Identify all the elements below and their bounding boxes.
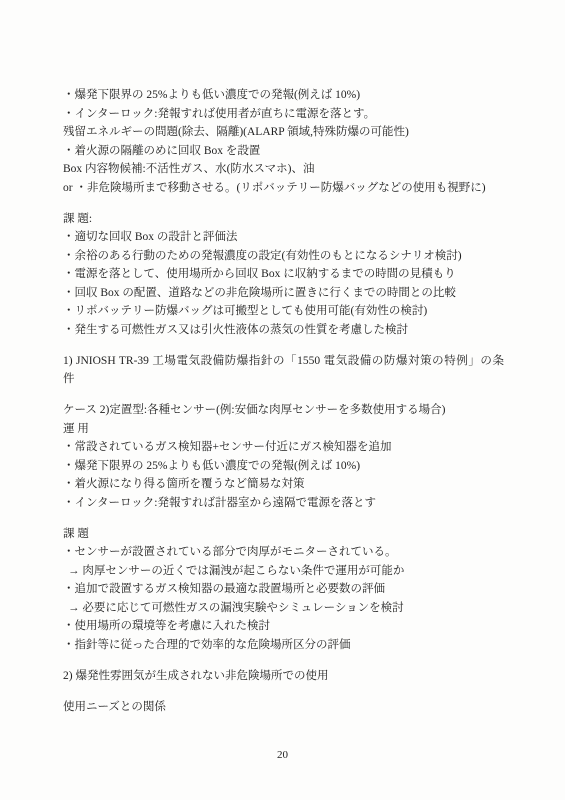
blank-line (63, 197, 504, 210)
text-line-6: or ・非危険場所まで移動させる。(リポバッテリー防爆バッグなどの使用も視野に) (63, 179, 504, 198)
text-line-8: 課 題: (63, 210, 504, 229)
text-line-16: 1) JNIOSH TR-39 工場電気設備防爆指針の「1550 電気設備の防爆… (63, 352, 504, 371)
page-number: 20 (0, 747, 565, 763)
text-line-23: ・着火源になり得る箇所を覆うなど簡易な対策 (63, 475, 504, 494)
text-line-3: 残留エネルギーの問題(除去、隔離)(ALARP 領域,特殊防爆の可能性) (63, 123, 504, 142)
text-line-27: ・センサーが設置されている部分で肉厚がモニターされている。 (63, 543, 504, 562)
text-line-24: ・インターロック:発報すれば計器室から遠隔で電源を落とす (63, 494, 504, 513)
text-line-17: 件 (63, 370, 504, 389)
text-line-5: Box 内容物候補:不活性ガス、水(防水スマホ)、油 (63, 160, 504, 179)
text-line-9: ・適切な回収 Box の設計と評価法 (63, 228, 504, 247)
text-line-13: ・リポバッテリー防爆バッグは可搬型としても使用可能(有効性の検討) (63, 302, 504, 321)
text-line-26: 課 題 (63, 525, 504, 544)
blank-line (63, 389, 504, 402)
page-body: ・爆発下限界の 25%よりも低い濃度での発報(例えば 10%)・インターロック:… (63, 86, 504, 716)
text-line-4: ・着火源の隔離のめに回収 Box を設置 (63, 142, 504, 161)
document-page: ・爆発下限界の 25%よりも低い濃度での発報(例えば 10%)・インターロック:… (0, 0, 565, 800)
text-line-20: 運 用 (63, 420, 504, 439)
blank-line (63, 512, 504, 525)
text-line-2: ・インターロック:発報すれば使用者が直ちに電源を落とす。 (63, 105, 504, 124)
text-line-14: ・発生する可燃性ガス又は引火性液体の蒸気の性質を考慮した検討 (63, 321, 504, 340)
text-line-32: ・指針等に従った合理的で効率的な危険場所区分の評価 (63, 636, 504, 655)
text-line-34: 2) 爆発性雰囲気が生成されない非危険場所での使用 (63, 667, 504, 686)
blank-line (63, 685, 504, 698)
text-line-21: ・常設されているガス検知器+センサー付近にガス検知器を追加 (63, 438, 504, 457)
text-line-29: ・追加で設置するガス検知器の最適な設置場所と必要数の評価 (63, 580, 504, 599)
text-line-12: ・回収 Box の配置、道路などの非危険場所に置きに行くまでの時間との比較 (63, 284, 504, 303)
text-line-28: → 肉厚センサーの近くでは漏洩が起こらない条件で運用が可能か (63, 562, 504, 581)
text-line-11: ・電源を落として、使用場所から回収 Box に収納するまでの時間の見積もり (63, 265, 504, 284)
text-line-36: 使用ニーズとの関係 (63, 698, 504, 717)
text-line-19: ケース 2)定置型:各種センサー(例:安価な肉厚センサーを多数使用する場合) (63, 401, 504, 420)
blank-line (63, 654, 504, 667)
text-line-1: ・爆発下限界の 25%よりも低い濃度での発報(例えば 10%) (63, 86, 504, 105)
text-line-10: ・余裕のある行動のための発報濃度の設定(有効性のもとになるシナリオ検討) (63, 247, 504, 266)
blank-line (63, 339, 504, 352)
text-line-31: ・使用場所の環境等を考慮に入れた検討 (63, 617, 504, 636)
text-line-30: → 必要に応じて可燃性ガスの漏洩実験やシミュレーションを検討 (63, 599, 504, 618)
text-line-22: ・爆発下限界の 25%よりも低い濃度での発報(例えば 10%) (63, 457, 504, 476)
